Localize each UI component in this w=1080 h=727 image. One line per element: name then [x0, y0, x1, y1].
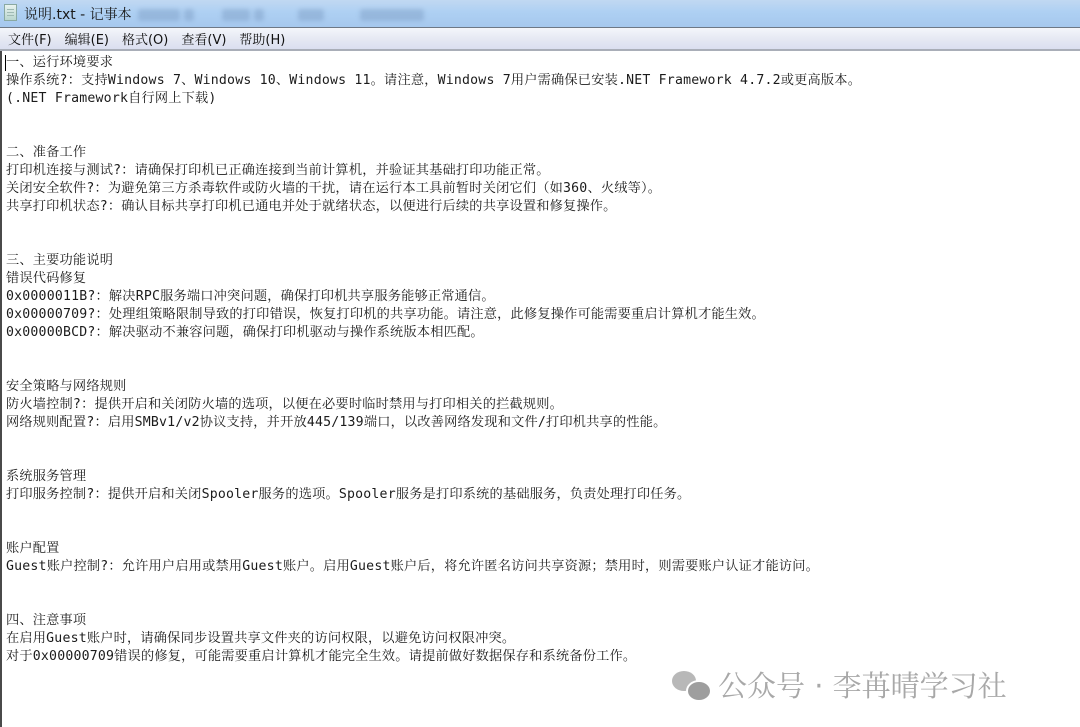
window-title: 说明.txt - 记事本: [24, 4, 132, 24]
text-line: 防火墙控制?：提供开启和关闭防火墙的选项，以便在必要时临时禁用与打印相关的拦截规…: [6, 396, 1080, 414]
text-line: 三、主要功能说明: [6, 252, 1080, 270]
menu-format[interactable]: 格式(O): [116, 29, 174, 48]
text-line: 关闭安全软件?：为避免第三方杀毒软件或防火墙的干扰，请在运行本工具前暂时关闭它们…: [6, 180, 1080, 198]
text-line: 安全策略与网络规则: [6, 378, 1080, 396]
text-line: 0x00000BCD?：解决驱动不兼容问题，确保打印机驱动与操作系统版本相匹配。: [6, 324, 1080, 342]
menu-help[interactable]: 帮助(H): [233, 29, 291, 48]
text-line: 打印机连接与测试?：请确保打印机已正确连接到当前计算机，并验证其基础打印功能正常…: [6, 162, 1080, 180]
text-line: 账户配置: [6, 540, 1080, 558]
title-bar[interactable]: 说明.txt - 记事本: [0, 0, 1080, 28]
blurred-background-item: [298, 9, 324, 21]
blurred-background-item: [254, 9, 264, 21]
text-line: [6, 576, 1080, 594]
text-caret: [5, 55, 6, 71]
text-line: 0x0000011B?：解决RPC服务端口冲突问题，确保打印机共享服务能够正常通…: [6, 288, 1080, 306]
text-line: 共享打印机状态?：确认目标共享打印机已通电并处于就绪状态，以便进行后续的共享设置…: [6, 198, 1080, 216]
text-line: [6, 450, 1080, 468]
menu-view[interactable]: 查看(V): [175, 29, 232, 48]
text-editor[interactable]: 一、运行环境要求 操作系统?：支持Windows 7、Windows 10、Wi…: [0, 51, 1080, 727]
text-line: 系统服务管理: [6, 468, 1080, 486]
text-line: 在启用Guest账户时，请确保同步设置共享文件夹的访问权限，以避免访问权限冲突。: [6, 630, 1080, 648]
text-line: [6, 522, 1080, 540]
text-line: 错误代码修复: [6, 270, 1080, 288]
menu-file[interactable]: 文件(F): [2, 29, 58, 48]
text-line: 打印服务控制?：提供开启和关闭Spooler服务的选项。Spooler服务是打印…: [6, 486, 1080, 504]
menu-edit[interactable]: 编辑(E): [59, 29, 115, 48]
text-line: [6, 432, 1080, 450]
text-line: [6, 360, 1080, 378]
blurred-background-item: [184, 9, 194, 21]
text-line: 一、运行环境要求: [6, 54, 1080, 72]
text-line: [6, 342, 1080, 360]
text-line: [6, 594, 1080, 612]
blurred-background-item: [138, 9, 180, 21]
text-line: [6, 216, 1080, 234]
menu-bar: 文件(F) 编辑(E) 格式(O) 查看(V) 帮助(H): [0, 28, 1080, 51]
text-line: 四、注意事项: [6, 612, 1080, 630]
watermark-text: 公众号 · 李苒晴学习社: [718, 664, 1007, 705]
text-line: [6, 126, 1080, 144]
text-line: 二、准备工作: [6, 144, 1080, 162]
text-line: 网络规则配置?：启用SMBv1/v2协议支持，并开放445/139端口，以改善网…: [6, 414, 1080, 432]
notepad-icon[interactable]: [4, 4, 17, 21]
text-line: [6, 108, 1080, 126]
text-line: (.NET Framework自行网上下载): [6, 90, 1080, 108]
text-line: Guest账户控制?：允许用户启用或禁用Guest账户。启用Guest账户后，将…: [6, 558, 1080, 576]
blurred-background-item: [360, 9, 424, 21]
blurred-background-item: [222, 9, 250, 21]
text-line: [6, 504, 1080, 522]
wechat-icon: [672, 669, 712, 701]
text-line: 操作系统?：支持Windows 7、Windows 10、Windows 11。…: [6, 72, 1080, 90]
text-line: 0x00000709?：处理组策略限制导致的打印错误，恢复打印机的共享功能。请注…: [6, 306, 1080, 324]
watermark: 公众号 · 李苒晴学习社: [672, 664, 1007, 705]
text-line: [6, 234, 1080, 252]
